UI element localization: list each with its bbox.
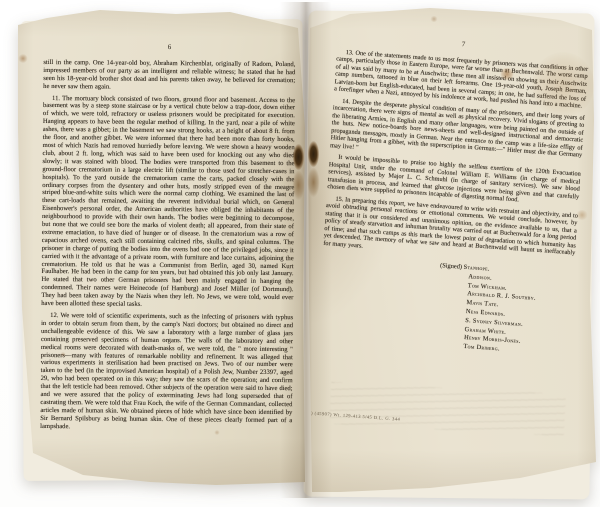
signature-block: (Signed) Stanhope. Addison. Tom Wickham.… (434, 262, 574, 359)
right-page-content: 7 13. One of the statements made to us m… (286, 0, 592, 507)
signature-name: Stanhope. (463, 264, 490, 273)
right-page: 7 13. One of the statements made to us m… (303, 4, 598, 500)
left-page-content: 6 still in the camp. One 14-year-old boy… (14, 7, 310, 433)
signature-name: Addison. (468, 273, 492, 282)
signed-prefix: (Signed) (440, 262, 462, 271)
signature-name: Mavis Tate. (466, 299, 499, 308)
paragraph-continuation: still in the camp. One 14-year-old boy, … (43, 59, 295, 93)
open-booklet: 6 still in the camp. One 14-year-old boy… (0, 0, 600, 507)
photograph-background: 6 still in the camp. One 14-year-old boy… (0, 0, 600, 507)
paragraph-11: 11. The mortuary block consisted of two … (41, 94, 295, 310)
left-page: 6 still in the camp. One 14-year-old boy… (16, 8, 308, 486)
signature-name: Tom Driberg. (463, 343, 500, 353)
printer-imprint: (4/45) (45907) Wt. 129-413 5/45 D.L. G. … (299, 409, 400, 424)
paragraph-12: 12. We were told of scientific experimen… (40, 312, 293, 433)
left-page-number: 6 (43, 43, 295, 53)
